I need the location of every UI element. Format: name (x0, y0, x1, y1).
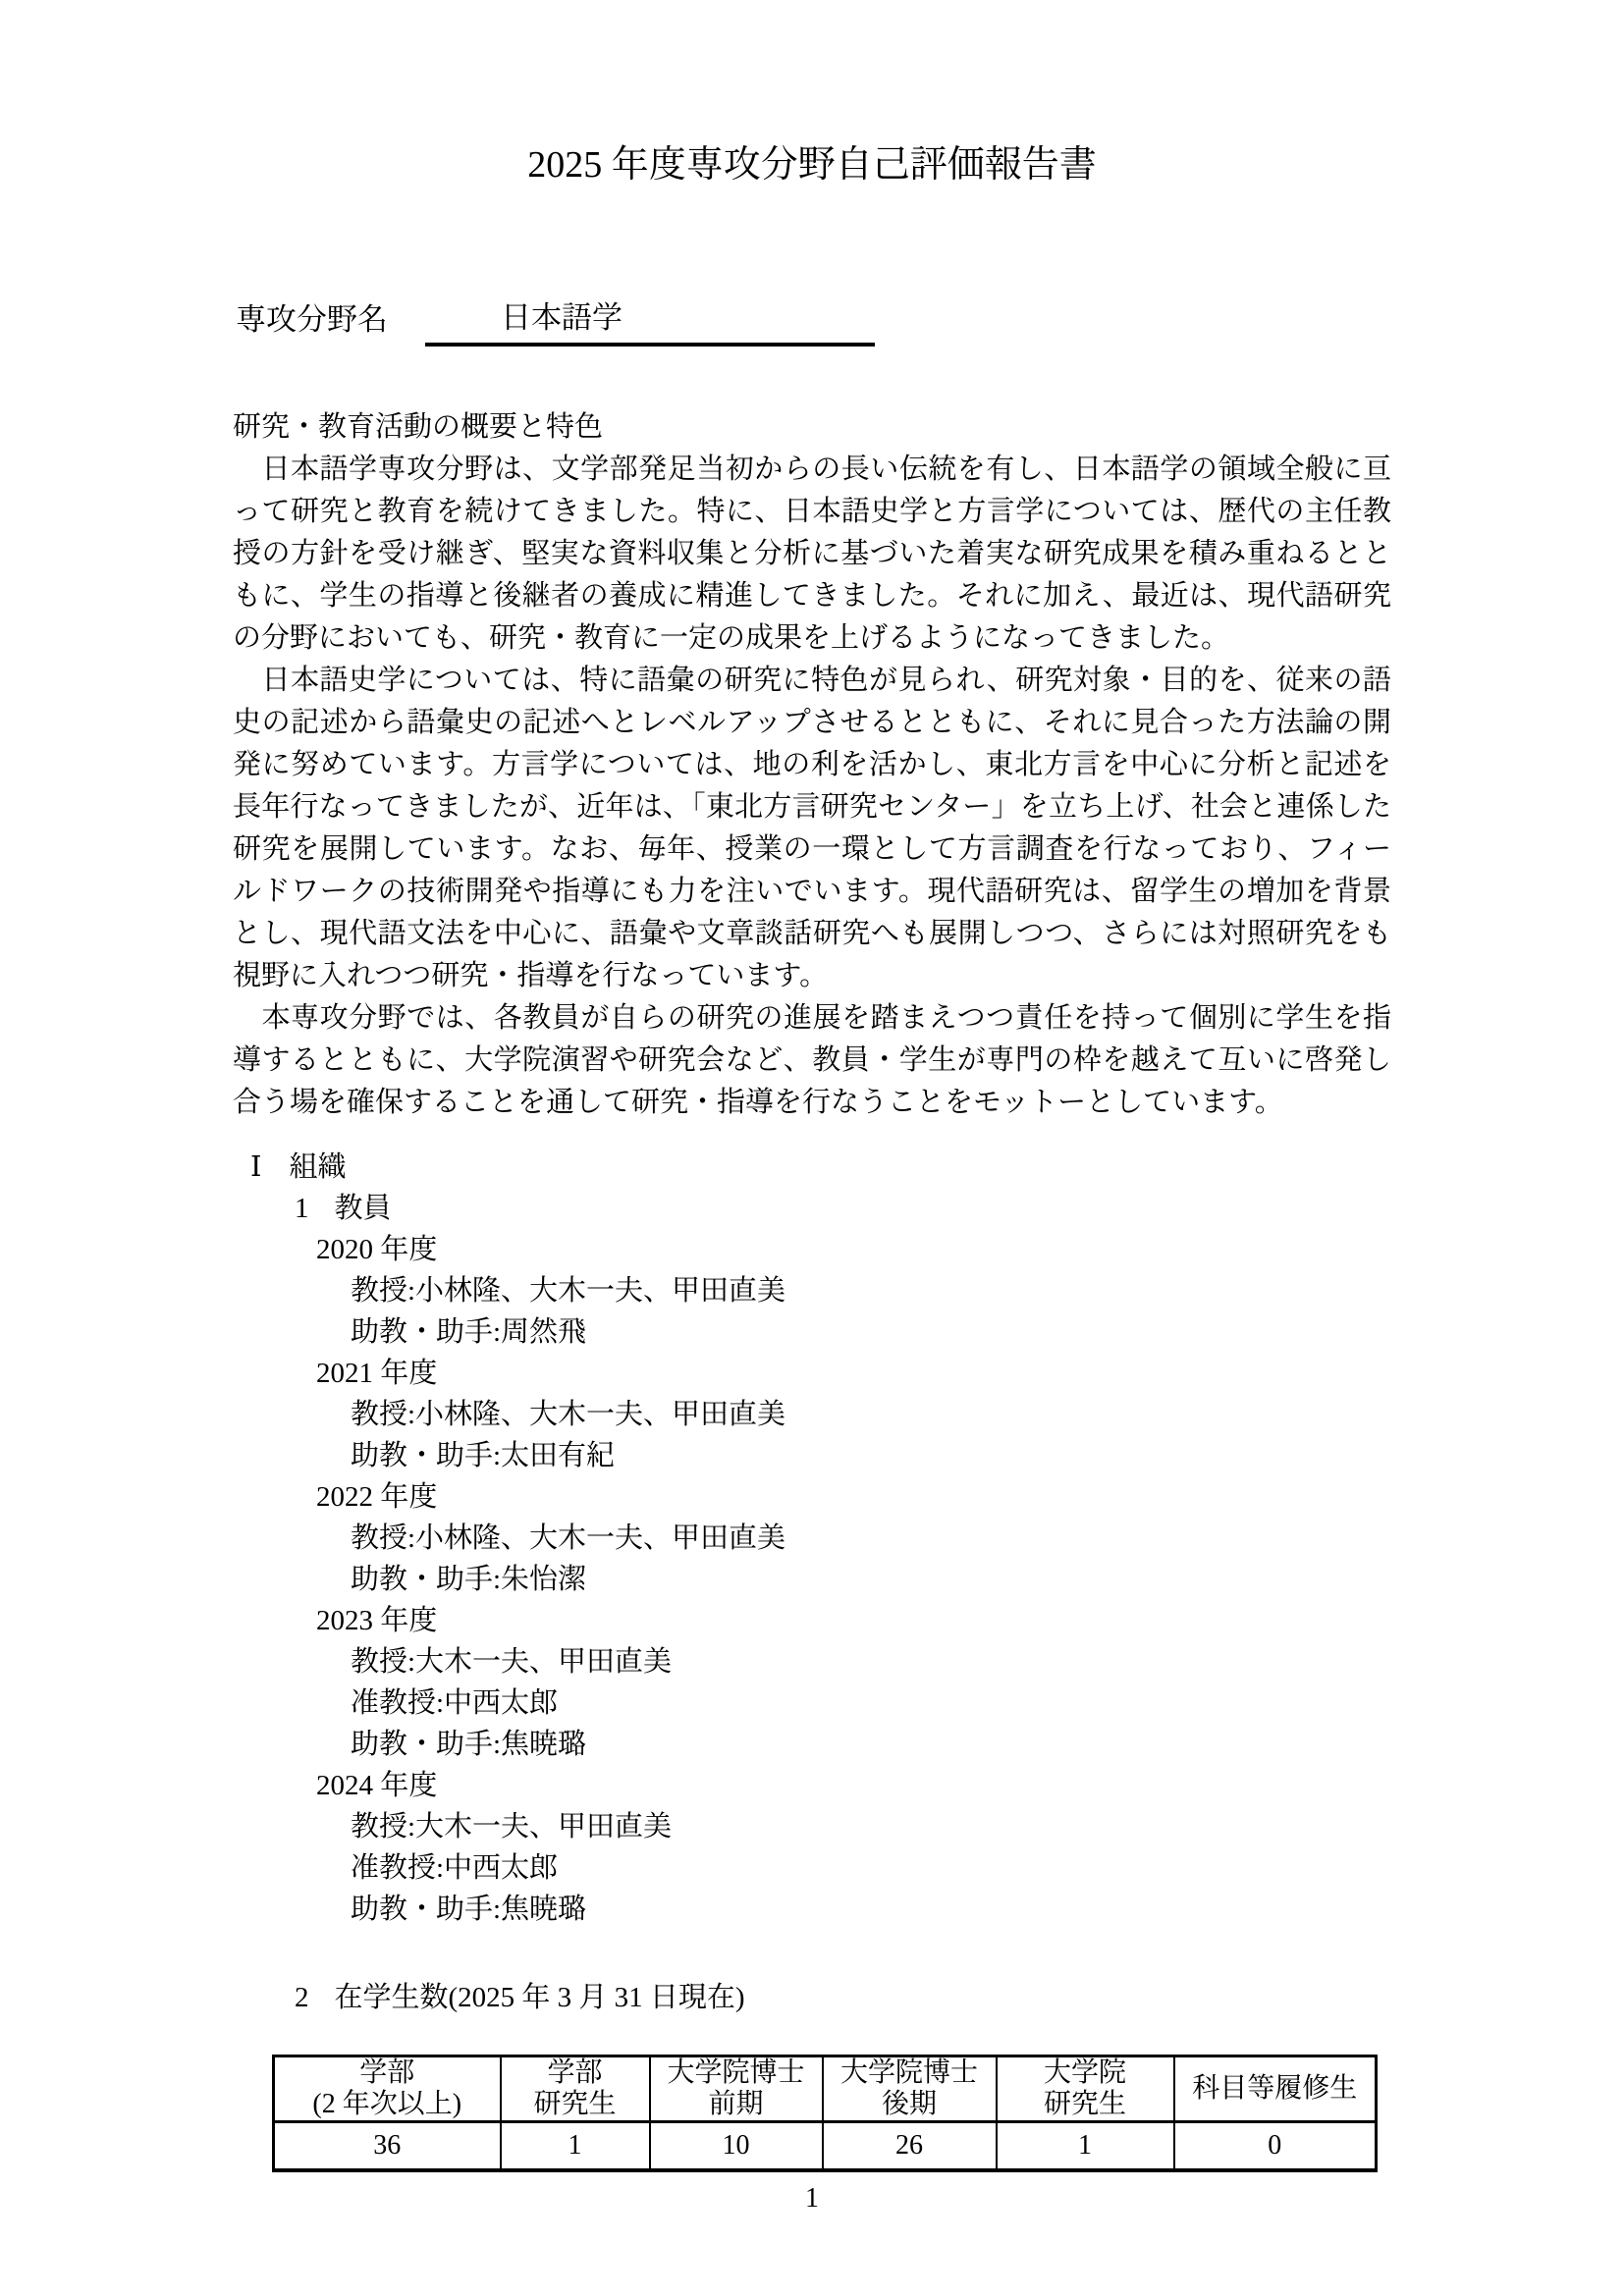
overview-paragraph: 日本語史学については、特に語彙の研究に特色が見られ、研究対象・目的を、従来の語史… (233, 660, 1391, 997)
subsection-title: 教員 (335, 1193, 392, 1224)
enrollment-table-wrapper: 学部 (2 年次以上) 学部 研究生 大学院博士 前期 大学院博士 後期 (272, 2055, 1378, 2172)
faculty-year: 2024 年度 (316, 1765, 785, 1806)
enrollment-value: 26 (823, 2122, 997, 2170)
students-subheading: 2在学生数(2025 年 3 月 31 日現在) (250, 1977, 745, 2018)
col-header-doctoral: 大学院博士 後期 (823, 2056, 997, 2122)
section-title: 組織 (289, 1151, 346, 1183)
enrollment-header-row: 学部 (2 年次以上) 学部 研究生 大学院博士 前期 大学院博士 後期 (274, 2056, 1377, 2122)
faculty-staff-line: 准教授:中西太郎 (351, 1847, 785, 1889)
faculty-year: 2022 年度 (316, 1476, 785, 1518)
enrollment-value: 1 (501, 2122, 650, 2170)
report-page: 2025 年度専攻分野自己評価報告書 専攻分野名 日本語学 研究・教育活動の概要… (0, 0, 1624, 2296)
faculty-staff-line: 助教・助手:焦暁璐 (351, 1889, 785, 1930)
organization-section: Ⅰ組織 1教員 2020 年度 教授:小林隆、大木一夫、甲田直美 助教・助手:周… (250, 1147, 785, 1930)
faculty-staff-line: 助教・助手:朱怡潔 (351, 1559, 785, 1600)
faculty-year: 2020 年度 (316, 1229, 785, 1270)
field-name-row: 専攻分野名 日本語学 (236, 293, 875, 347)
faculty-staff-line: 教授:小林隆、大木一夫、甲田直美 (351, 1394, 785, 1435)
faculty-year: 2023 年度 (316, 1600, 785, 1641)
enrollment-value-row: 36 1 10 26 1 0 (274, 2122, 1377, 2170)
overview-paragraph: 日本語学専攻分野は、文学部発足当初からの長い伝統を有し、日本語学の領域全般に亘っ… (233, 449, 1391, 660)
enrollment-value: 10 (650, 2122, 823, 2170)
faculty-staff-line: 助教・助手:周然飛 (351, 1311, 785, 1353)
subsection-title: 在学生数(2025 年 3 月 31 日現在) (335, 1982, 745, 2013)
section-numeral: Ⅰ (250, 1151, 261, 1183)
subsection-number: 2 (295, 1982, 309, 2013)
enrollment-value: 36 (274, 2122, 501, 2170)
subsection-number: 1 (295, 1193, 309, 1224)
overview-paragraph: 本専攻分野では、各教員が自らの研究の進展を踏まえつつ責任を持って個別に学生を指導… (233, 997, 1391, 1124)
col-header-masters: 大学院博士 前期 (650, 2056, 823, 2122)
faculty-staff-line: 教授:大木一夫、甲田直美 (351, 1806, 785, 1847)
faculty-staff-line: 助教・助手:太田有紀 (351, 1435, 785, 1476)
faculty-year: 2021 年度 (316, 1353, 785, 1394)
enrollment-value: 0 (1174, 2122, 1377, 2170)
col-header-undergrad-research-student: 学部 研究生 (501, 2056, 650, 2122)
field-name-value: 日本語学 (501, 300, 623, 335)
faculty-staff-line: 教授:大木一夫、甲田直美 (351, 1641, 785, 1682)
faculty-staff-line: 助教・助手:焦暁璐 (351, 1724, 785, 1765)
document-title: 2025 年度専攻分野自己評価報告書 (0, 143, 1624, 187)
col-header-grad-research-student: 大学院 研究生 (997, 2056, 1174, 2122)
overview-section: 研究・教育活動の概要と特色 日本語学専攻分野は、文学部発足当初からの長い伝統を有… (233, 406, 1391, 1124)
field-name-label: 専攻分野名 (236, 294, 388, 347)
overview-heading: 研究・教育活動の概要と特色 (233, 406, 1391, 449)
faculty-subheading: 1教員 (295, 1188, 785, 1229)
faculty-staff-line: 准教授:中西太郎 (351, 1682, 785, 1724)
field-name-underline: 日本語学 (425, 293, 875, 347)
col-header-undergraduate: 学部 (2 年次以上) (274, 2056, 501, 2122)
enrollment-value: 1 (997, 2122, 1174, 2170)
enrollment-table: 学部 (2 年次以上) 学部 研究生 大学院博士 前期 大学院博士 後期 (272, 2055, 1378, 2172)
page-number: 1 (0, 2183, 1624, 2215)
col-header-credited-auditor: 科目等履修生 (1174, 2056, 1377, 2122)
faculty-staff-line: 教授:小林隆、大木一夫、甲田直美 (351, 1270, 785, 1311)
faculty-staff-line: 教授:小林隆、大木一夫、甲田直美 (351, 1518, 785, 1559)
organization-heading: Ⅰ組織 (250, 1147, 785, 1188)
